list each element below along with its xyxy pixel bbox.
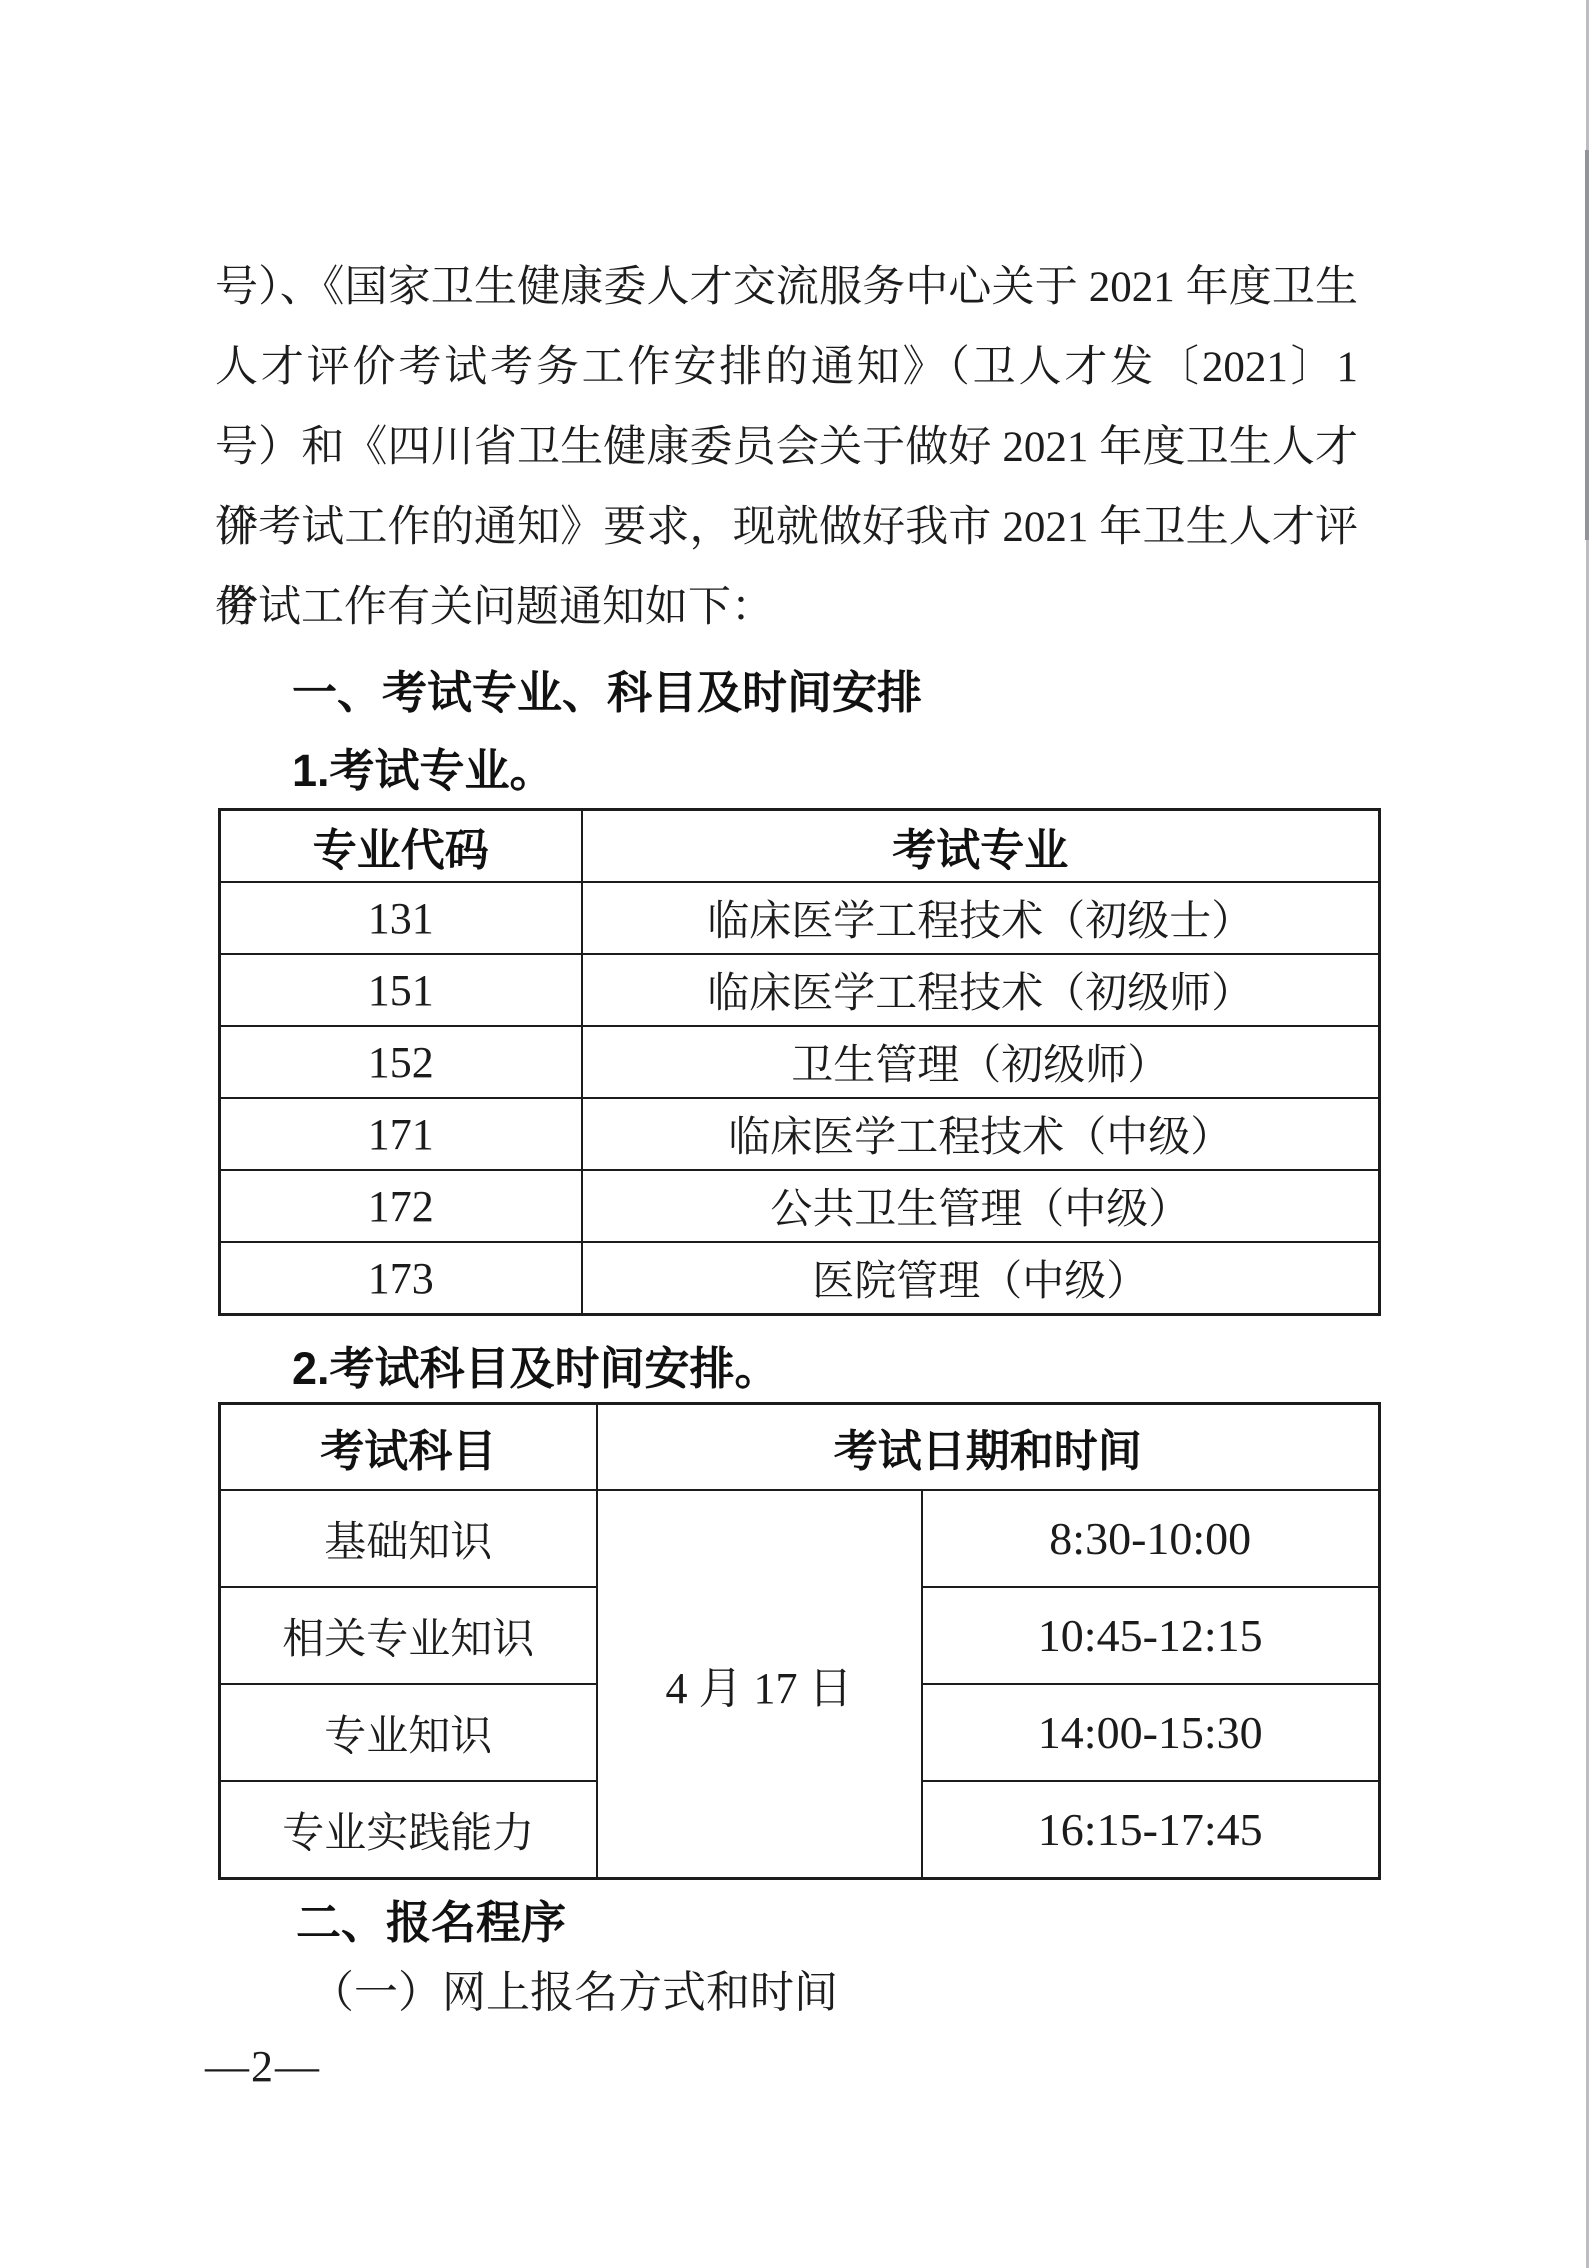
- exam-schedule-heading: 2.考试科目及时间安排。: [292, 1338, 780, 1400]
- table-row: 131 临床医学工程技术（初级士）: [220, 882, 1380, 954]
- intro-paragraph: 号）、《国家卫生健康委人才交流服务中心关于 2021 年度卫生 人才评价考试考务…: [215, 248, 1358, 648]
- specialty-name-cell: 公共卫生管理（中级）: [582, 1170, 1380, 1242]
- scan-edge-artifact-dark: [1585, 150, 1589, 540]
- table-row: 171 临床医学工程技术（中级）: [220, 1098, 1380, 1170]
- table-row: 152 卫生管理（初级师）: [220, 1026, 1380, 1098]
- specialty-table: 专业代码 考试专业 131 临床医学工程技术（初级士） 151 临床医学工程技术…: [218, 808, 1381, 1316]
- specialty-code-cell: 171: [220, 1098, 582, 1170]
- paragraph-line: 号）、《国家卫生健康委人才交流服务中心关于 2021 年度卫生: [215, 248, 1358, 328]
- table-header-row: 专业代码 考试专业: [220, 810, 1380, 883]
- schedule-table: 考试科目 考试日期和时间 基础知识 4 月 17 日 8:30-10:00 相关…: [218, 1402, 1381, 1880]
- specialty-code-cell: 131: [220, 882, 582, 954]
- table-header-row: 考试科目 考试日期和时间: [220, 1404, 1380, 1491]
- specialty-code-header: 专业代码: [220, 810, 582, 883]
- exam-subject-header: 考试科目: [220, 1404, 597, 1491]
- online-registration-heading: （一）网上报名方式和时间: [310, 1962, 838, 2024]
- specialty-name-cell: 卫生管理（初级师）: [582, 1026, 1380, 1098]
- exam-time-cell: 8:30-10:00: [922, 1490, 1380, 1587]
- exam-subject-cell: 专业知识: [220, 1684, 597, 1781]
- specialty-code-cell: 172: [220, 1170, 582, 1242]
- specialty-name-cell: 临床医学工程技术（初级士）: [582, 882, 1380, 954]
- paragraph-line: 人才评价考试考务工作安排的通知》（卫人才发〔2021〕1: [215, 328, 1358, 408]
- exam-datetime-header: 考试日期和时间: [597, 1404, 1380, 1491]
- exam-time-cell: 10:45-12:15: [922, 1587, 1380, 1684]
- table-row: 基础知识 4 月 17 日 8:30-10:00: [220, 1490, 1380, 1587]
- specialty-code-cell: 151: [220, 954, 582, 1026]
- section2-heading: 二、报名程序: [296, 1892, 566, 1954]
- exam-time-cell: 16:15-17:45: [922, 1781, 1380, 1879]
- specialty-name-cell: 临床医学工程技术（中级）: [582, 1098, 1380, 1170]
- exam-subject-cell: 相关专业知识: [220, 1587, 597, 1684]
- specialty-code-cell: 152: [220, 1026, 582, 1098]
- table-row: 172 公共卫生管理（中级）: [220, 1170, 1380, 1242]
- document-page: 号）、《国家卫生健康委人才交流服务中心关于 2021 年度卫生 人才评价考试考务…: [0, 0, 1594, 2268]
- exam-date-cell: 4 月 17 日: [597, 1490, 922, 1879]
- table-row: 173 医院管理（中级）: [220, 1242, 1380, 1315]
- exam-subject-cell: 专业实践能力: [220, 1781, 597, 1879]
- exam-time-cell: 14:00-15:30: [922, 1684, 1380, 1781]
- specialty-code-cell: 173: [220, 1242, 582, 1315]
- section1-heading: 一、考试专业、科目及时间安排: [292, 662, 922, 724]
- paragraph-line: 价考试工作的通知》要求，现就做好我市 2021 年卫生人才评价: [215, 488, 1358, 568]
- page-number: —2—: [205, 2038, 321, 2096]
- exam-specialty-header: 考试专业: [582, 810, 1380, 883]
- exam-specialty-heading: 1.考试专业。: [292, 740, 555, 802]
- paragraph-line: 号）和《四川省卫生健康委员会关于做好 2021 年度卫生人才评: [215, 408, 1358, 488]
- specialty-name-cell: 医院管理（中级）: [582, 1242, 1380, 1315]
- specialty-name-cell: 临床医学工程技术（初级师）: [582, 954, 1380, 1026]
- table-row: 151 临床医学工程技术（初级师）: [220, 954, 1380, 1026]
- exam-subject-cell: 基础知识: [220, 1490, 597, 1587]
- paragraph-line: 考试工作有关问题通知如下：: [215, 568, 1358, 648]
